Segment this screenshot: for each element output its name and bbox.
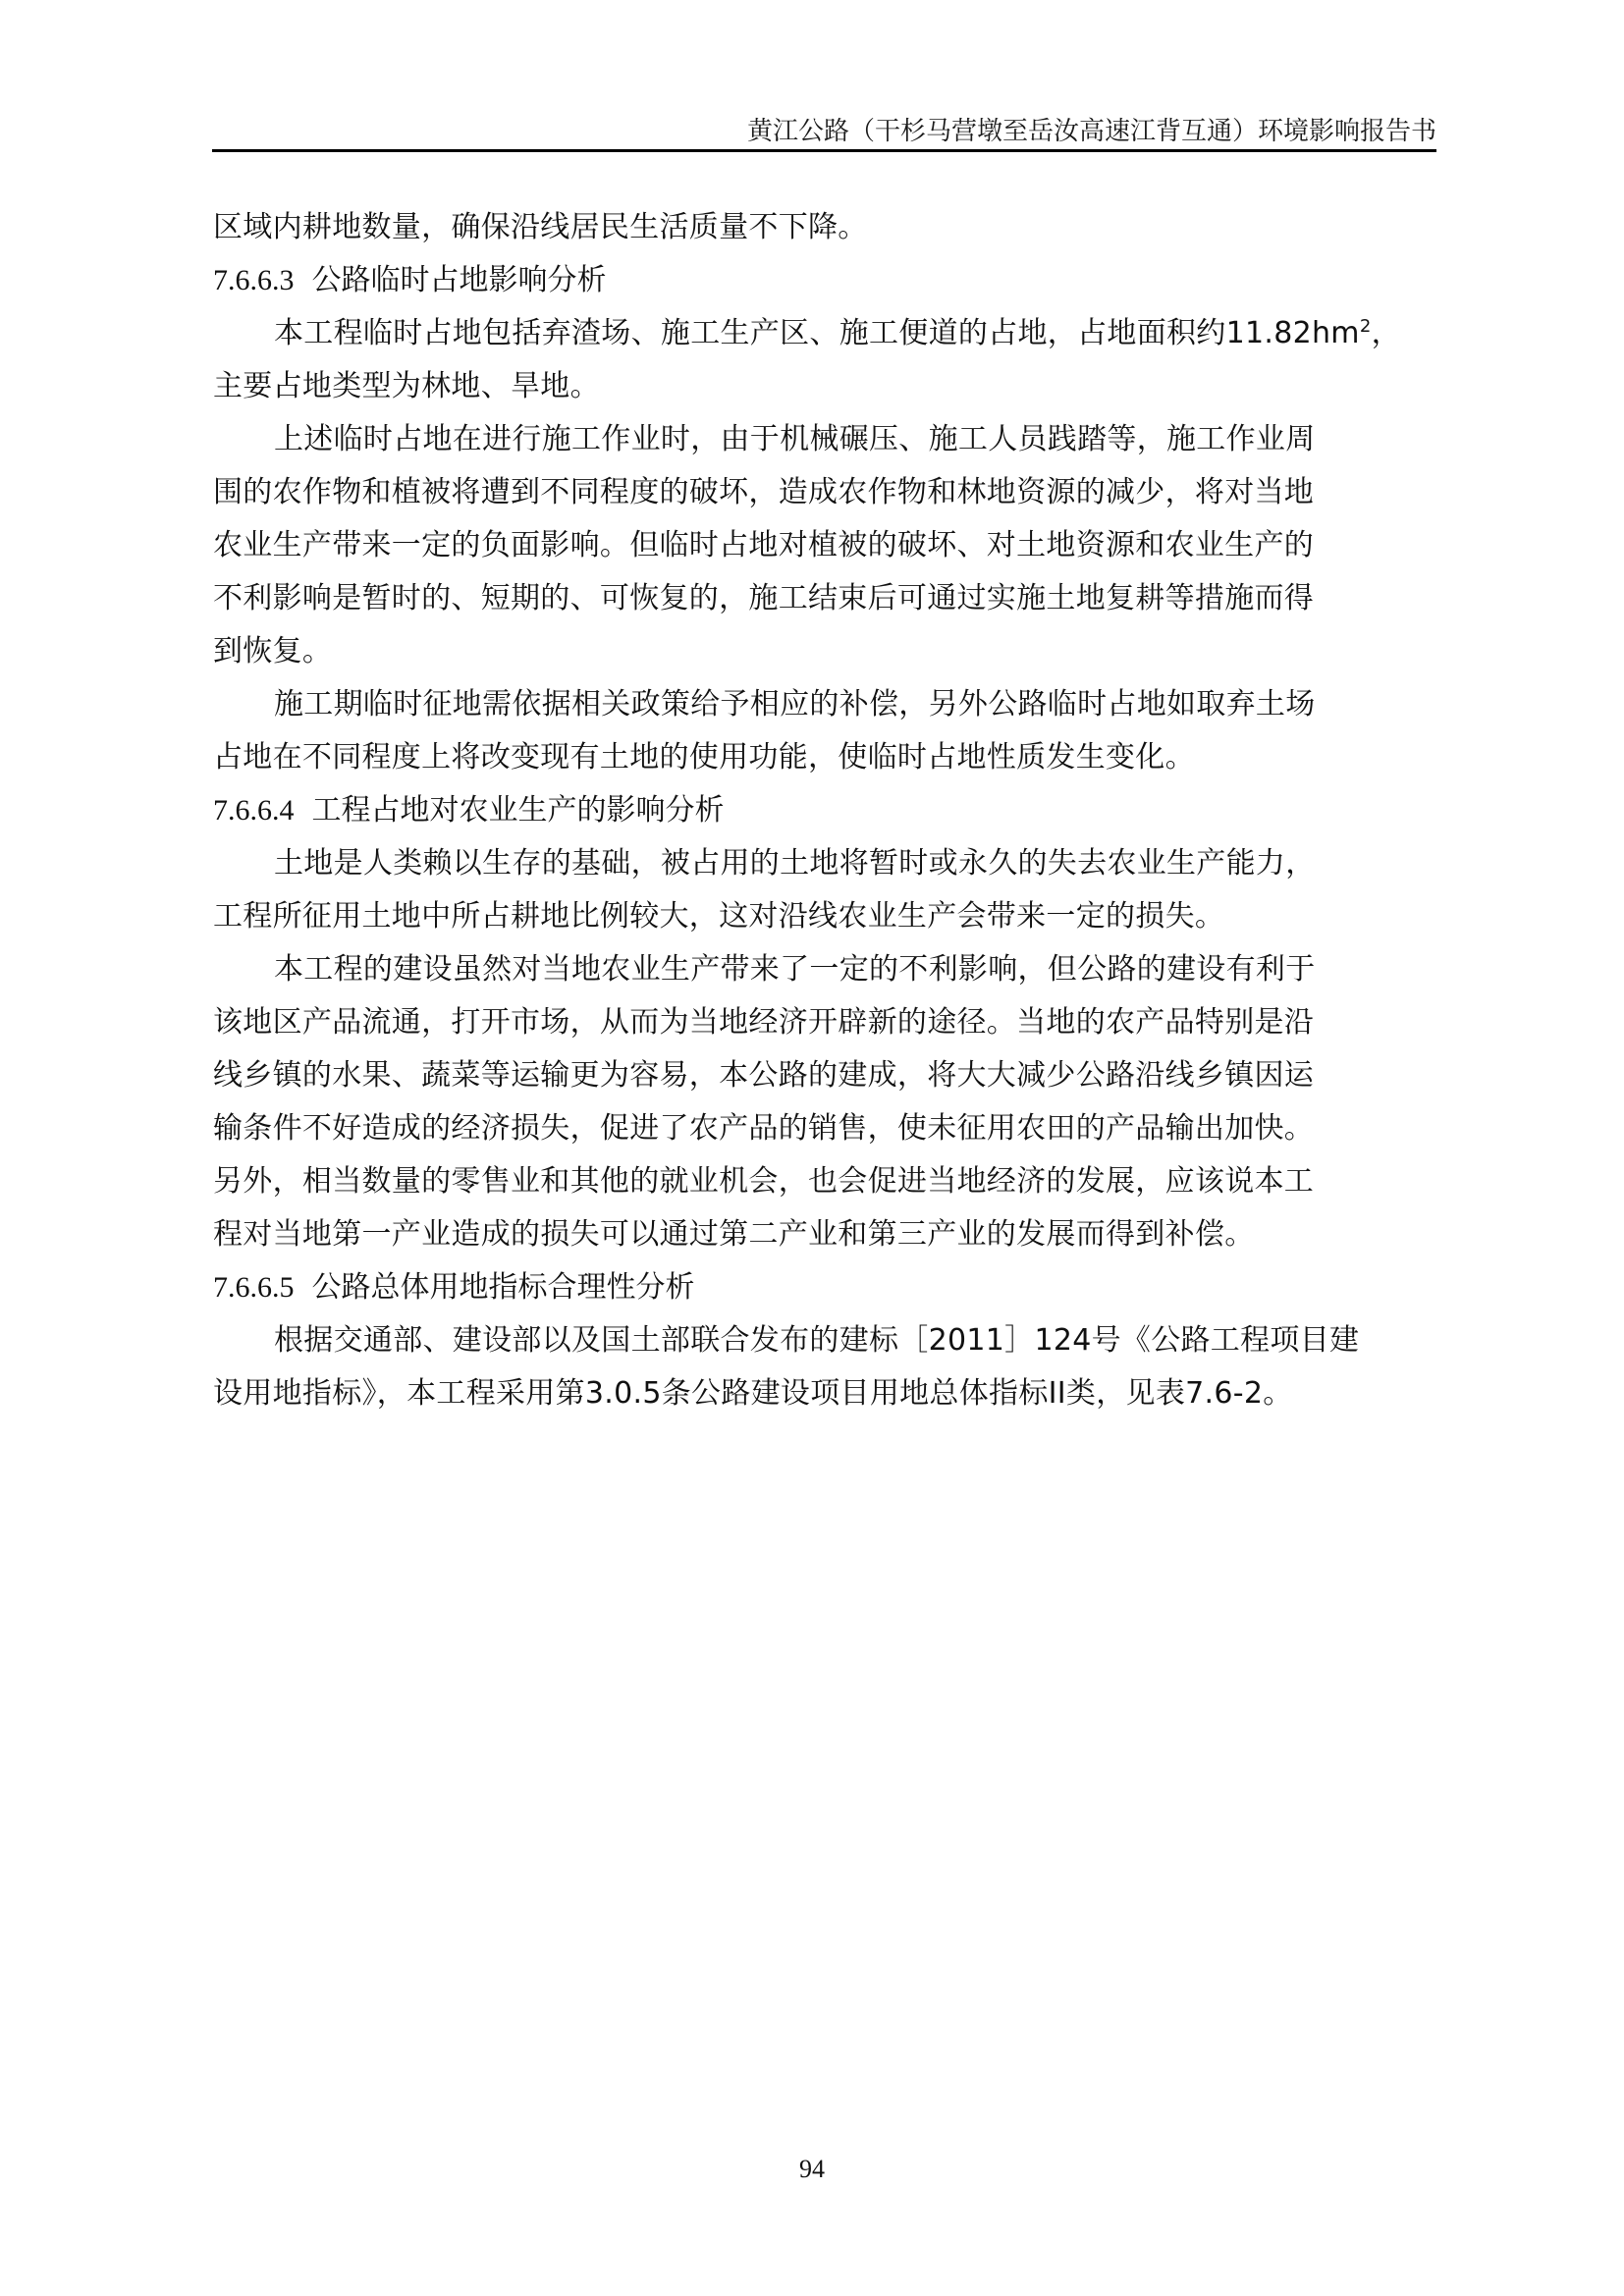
paragraph-line: 设用地指标》，本工程采用第3.0.5条公路建设项目用地总体指标II类，见表7.6… [213, 1367, 1436, 1420]
section-number: 7.6.6.5 [213, 1271, 295, 1304]
paragraph-line: 上述临时占地在进行施工作业时，由于机械碾压、施工人员践踏等，施工作业周 [213, 413, 1436, 466]
page-header-title: 黄江公路（干杉马营墩至岳汝高速江背互通）环境影响报告书 [747, 111, 1436, 147]
paragraph-line: 不利影响是暂时的、短期的、可恢复的，施工结束后可通过实施土地复耕等措施而得 [213, 572, 1436, 625]
section-heading-7-6-6-4: 7.6.6.4工程占地对农业生产的影响分析 [213, 784, 1436, 837]
section-heading-7-6-6-3: 7.6.6.3公路临时占地影响分析 [213, 254, 1436, 307]
paragraph-line: 施工期临时征地需依据相关政策给予相应的补偿，另外公路临时占地如取弃土场 [213, 678, 1436, 731]
section-number: 7.6.6.3 [213, 264, 295, 296]
document-body: 区域内耕地数量，确保沿线居民生活质量不下降。 7.6.6.3公路临时占地影响分析… [213, 201, 1436, 1420]
paragraph-line: 工程所征用土地中所占耕地比例较大，这对沿线农业生产会带来一定的损失。 [213, 890, 1436, 943]
paragraph-line: 本工程的建设虽然对当地农业生产带来了一定的不利影响，但公路的建设有利于 [213, 943, 1436, 996]
page-number: 94 [0, 2155, 1624, 2184]
section-number: 7.6.6.4 [213, 794, 295, 827]
paragraph-line: 到恢复。 [213, 625, 1436, 678]
paragraph-line: 程对当地第一产业造成的损失可以通过第二产业和第三产业的发展而得到补偿。 [213, 1208, 1436, 1261]
superscript: 2 [1360, 316, 1372, 337]
paragraph-line: 另外，相当数量的零售业和其他的就业机会，也会促进当地经济的发展，应该说本工 [213, 1155, 1436, 1208]
paragraph-line: 线乡镇的水果、蔬菜等运输更为容易，本公路的建成，将大大减少公路沿线乡镇因运 [213, 1049, 1436, 1102]
paragraph-line: 农业生产带来一定的负面影响。但临时占地对植被的破坏、对土地资源和农业生产的 [213, 519, 1436, 572]
paragraph-line: 主要占地类型为林地、旱地。 [213, 360, 1436, 413]
section-title: 公路临时占地影响分析 [312, 263, 607, 297]
header-rule [212, 149, 1436, 152]
section-heading-7-6-6-5: 7.6.6.5公路总体用地指标合理性分析 [213, 1261, 1436, 1314]
paragraph-line: 土地是人类赖以生存的基础，被占用的土地将暂时或永久的失去农业生产能力， [213, 837, 1436, 890]
section-title: 工程占地对农业生产的影响分析 [312, 793, 725, 828]
section-title: 公路总体用地指标合理性分析 [312, 1270, 695, 1305]
paragraph-continuation: 区域内耕地数量，确保沿线居民生活质量不下降。 [213, 201, 1436, 254]
paragraph-line: 本工程临时占地包括弃渣场、施工生产区、施工便道的占地，占地面积约11.82hm2… [213, 307, 1436, 360]
text-run: 本工程临时占地包括弃渣场、施工生产区、施工便道的占地，占地面积约11.82hm [274, 316, 1360, 350]
paragraph-line: 该地区产品流通，打开市场，从而为当地经济开辟新的途径。当地的农产品特别是沿 [213, 996, 1436, 1049]
paragraph-line: 输条件不好造成的经济损失，促进了农产品的销售，使未征用农田的产品输出加快。 [213, 1102, 1436, 1155]
paragraph-line: 占地在不同程度上将改变现有土地的使用功能，使临时占地性质发生变化。 [213, 731, 1436, 784]
paragraph-line: 根据交通部、建设部以及国土部联合发布的建标［2011］124号《公路工程项目建 [213, 1314, 1436, 1367]
text-run: ， [1372, 316, 1401, 350]
paragraph-line: 围的农作物和植被将遭到不同程度的破坏，造成农作物和林地资源的减少，将对当地 [213, 466, 1436, 519]
